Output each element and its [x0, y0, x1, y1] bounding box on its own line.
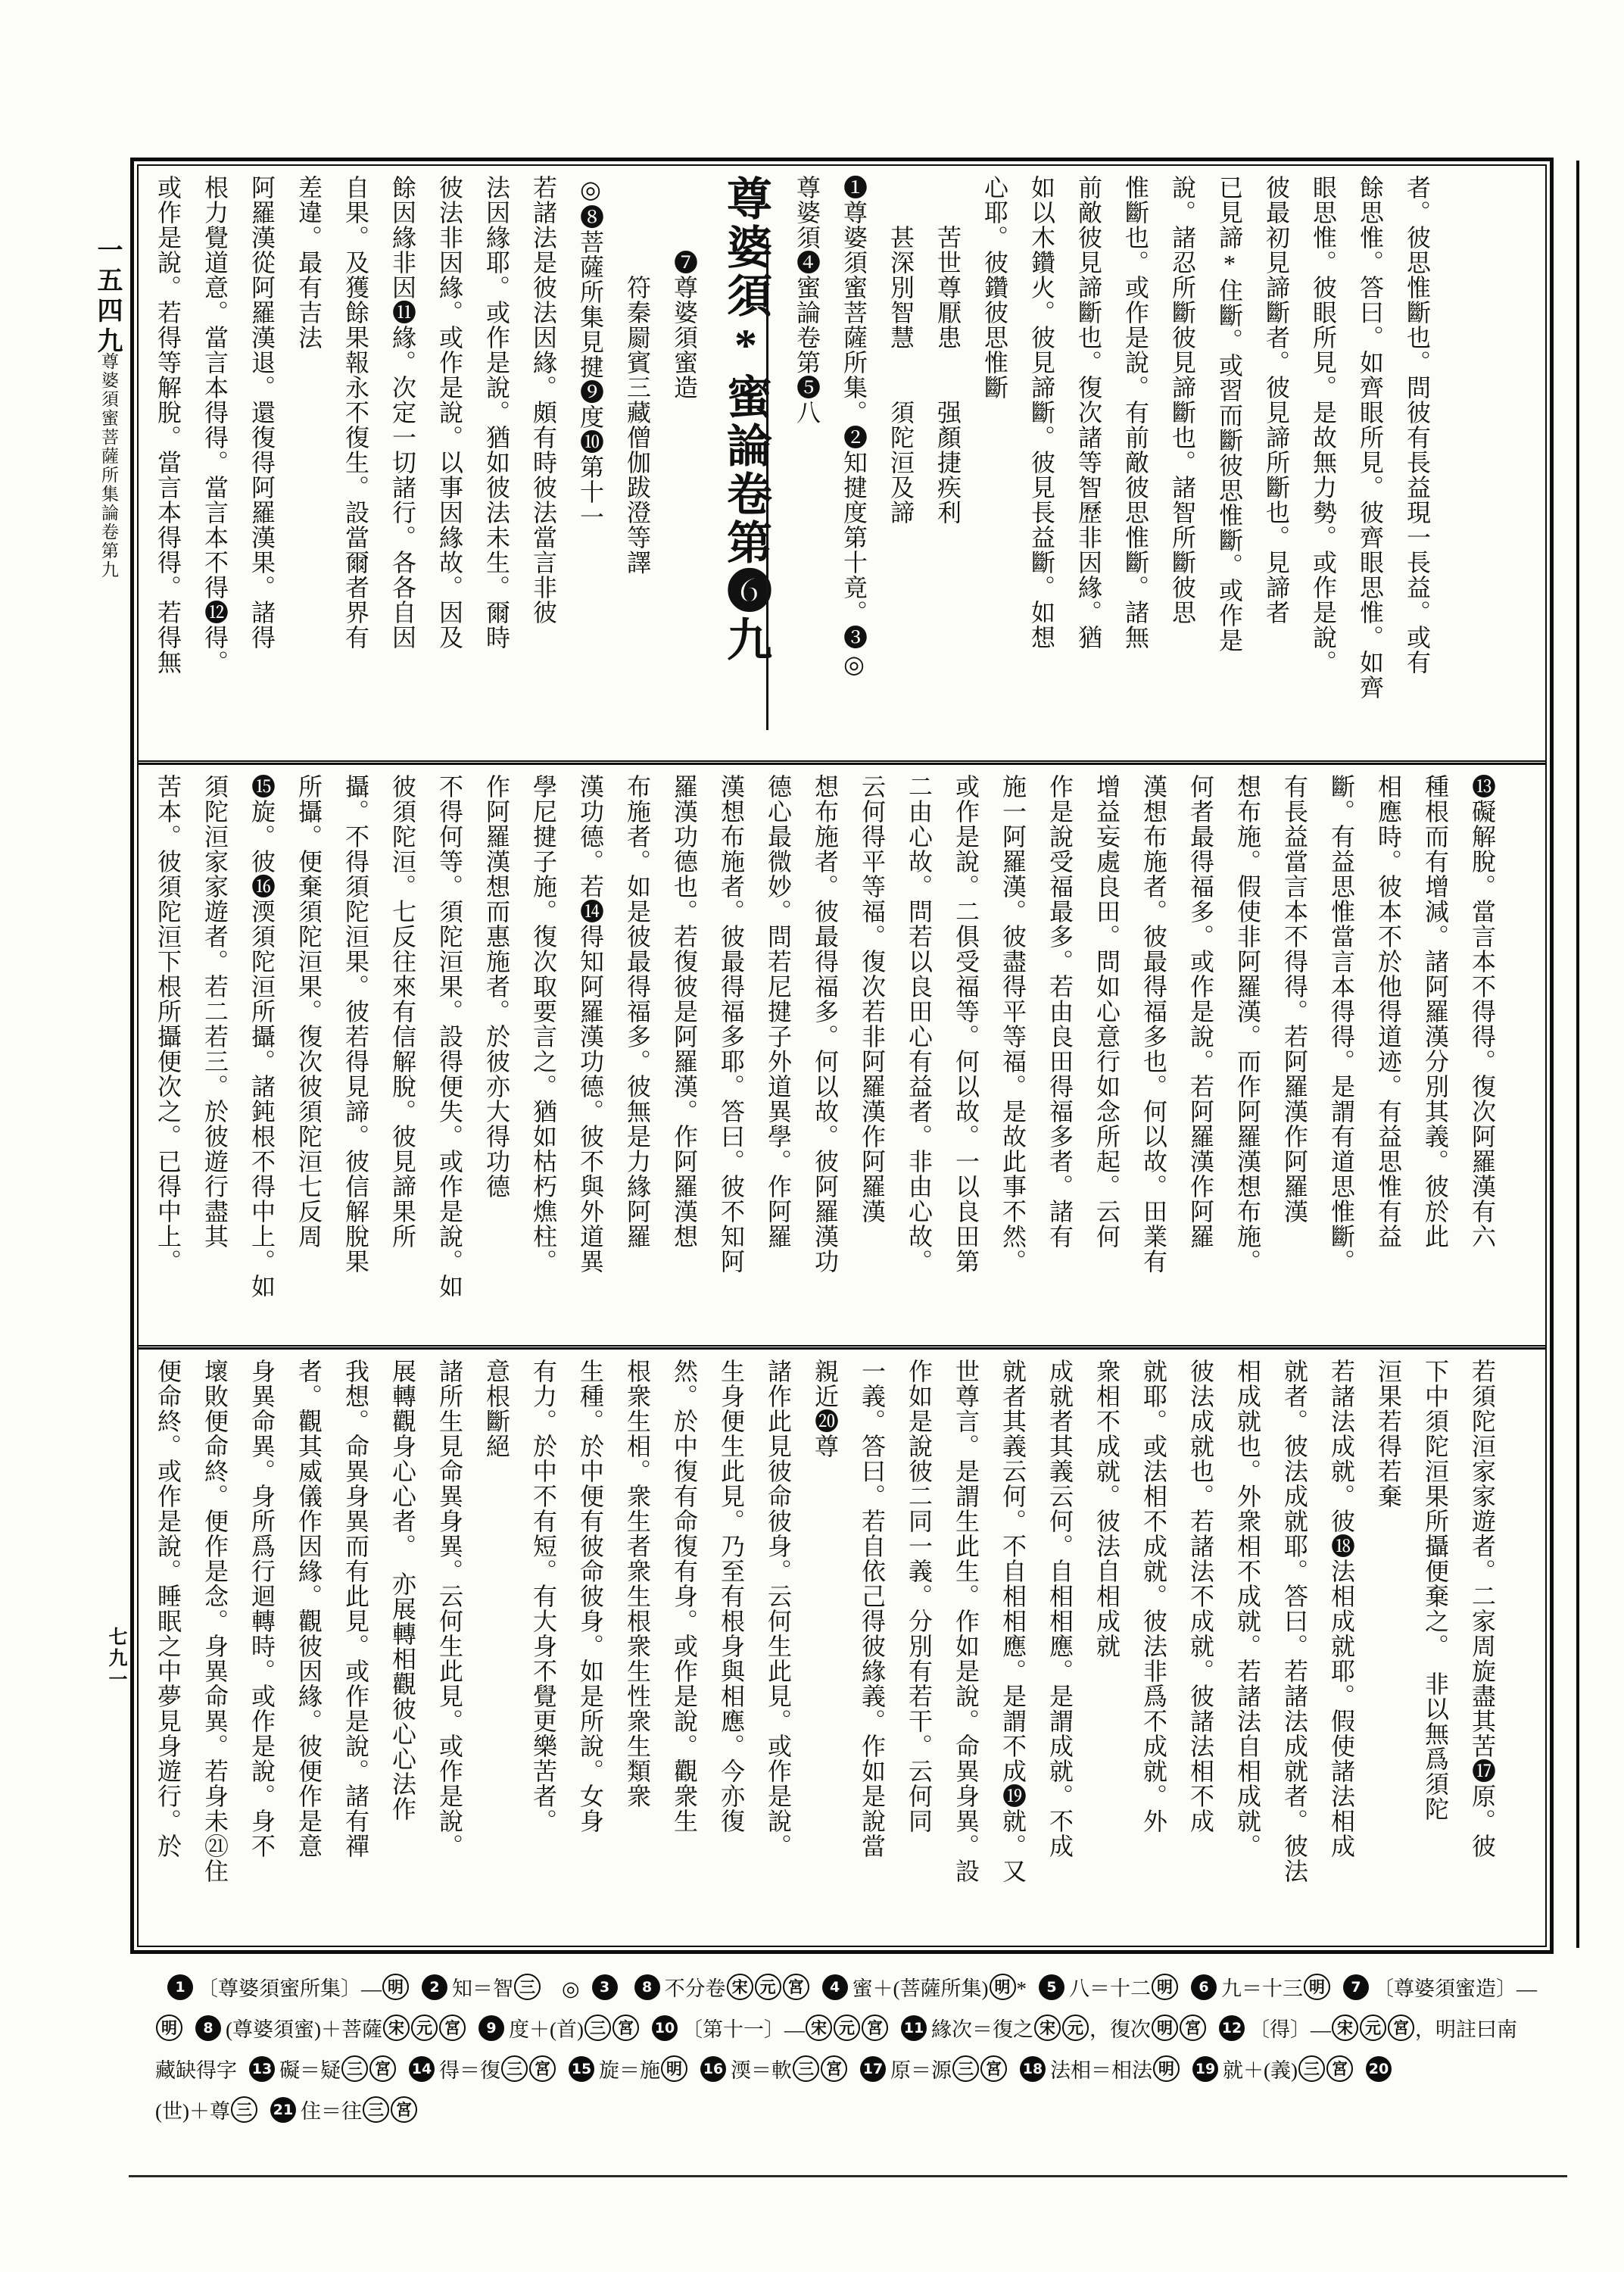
footnote-number-badge: 3 — [592, 1974, 618, 2000]
footnote-text: 旋＝施 — [599, 2059, 660, 2082]
edition-siglum-badge: 宮 — [613, 2015, 639, 2041]
text-column: 作阿羅漢想而惠施者。於彼亦大得功德 — [473, 774, 520, 1345]
text-column: ⓭礙解脫。當言本不得得。復次阿羅漢有六 — [1459, 774, 1506, 1345]
text-column: 者。彼思惟斷也。問彼有長益現一長益。或有 — [1394, 175, 1441, 760]
footnote-number-badge: 2 — [422, 1974, 447, 2000]
page-edge-rule — [1576, 161, 1579, 1948]
text-column: 攝。不得須陀洹果。彼若得見諦。彼信解脫果 — [332, 774, 379, 1345]
footnote-number-badge: 19 — [1192, 2056, 1218, 2082]
footnote-number-badge: 4 — [822, 1974, 848, 2000]
footnote-number-badge: 6 — [1191, 1974, 1217, 2000]
footnote-text: 度＋(首) — [509, 2018, 584, 2041]
footnote-line: 明8(尊婆須蜜)＋菩薩宋元宮9度＋(首)三宮10〔第十一〕—宋元宮11緣次＝復之… — [155, 2007, 1554, 2048]
frame-border: 者。彼思惟斷也。問彼有長益現一長益。或有餘思惟。答曰。如齊眼所見。彼齊眼思惟。如… — [130, 158, 1554, 1954]
text-column: 心耶。彼鑽彼思惟斷 — [971, 175, 1018, 760]
edition-siglum-badge: 元 — [1360, 2015, 1386, 2041]
footnote-number-badge: 14 — [409, 2056, 435, 2082]
text-column: 世尊言。是謂生此生。作如是說。命異身異。設 — [943, 1359, 990, 1937]
volume-title: 尊婆須*蜜論卷第❻九 — [708, 175, 784, 760]
text-column: 羅漢功德也。若復彼是阿羅漢。作阿羅漢想 — [661, 774, 708, 1345]
footnote-text: 原＝源 — [890, 2059, 952, 2082]
footnote-text: 藏缺得字 — [155, 2059, 237, 2082]
text-column: 如以木鑽火。彼見諦斷。彼見長益斷。如想 — [1018, 175, 1065, 760]
edition-siglum-badge: 宮 — [821, 2055, 847, 2082]
text-column: 布施者。如是彼最得福多。彼無是力緣阿羅 — [614, 774, 661, 1345]
edition-siglum-badge: 宋 — [806, 2015, 832, 2041]
text-column: 作如是說彼二同一義。分別有若干。云何同 — [896, 1359, 943, 1937]
text-column: 不得何等。須陀洹果。設得便失。或作是說。如 — [426, 774, 473, 1345]
edition-siglum-badge: 元 — [755, 1974, 781, 2000]
text-column: 法因緣耶。或作是說。猶如彼法未生。爾時 — [473, 175, 520, 760]
text-column: 若須陀洹家家遊者。二家周旋盡其苦⓱原。彼 — [1459, 1359, 1506, 1937]
edition-siglum-badge: 三 — [363, 2096, 389, 2123]
text-column: 增益妄處良田。問如心意行如念所起。云何 — [1083, 774, 1130, 1345]
text-column: 自果。及獲餘果報永不復生。設當爾者界有 — [332, 175, 379, 760]
footnote-text: * — [1017, 1977, 1027, 2000]
text-column: 相應時。彼本不於他得道迹。有益思惟有益 — [1365, 774, 1412, 1345]
edition-siglum-badge: 三 — [501, 2055, 528, 2082]
text-column: 壞敗便命終。便作是念。身異命異。若身未㉑住 — [192, 1359, 238, 1937]
footnote-number-badge: 17 — [860, 2056, 886, 2082]
footnote-number-badge: 21 — [270, 2097, 296, 2123]
text-column: 漢功德。若⓮得知阿羅漢功德。彼不與外道異 — [567, 774, 614, 1345]
footnote-number-badge: 8 — [195, 2015, 221, 2041]
edition-siglum-badge: 三 — [514, 1974, 541, 2000]
text-column: 下中須陀洹果所攝便棄之。 非以無爲須陀 — [1412, 1359, 1459, 1937]
footnote-number-badge: 8 — [634, 1974, 660, 2000]
edition-siglum-badge: 明 — [1153, 2055, 1180, 2082]
text-column: 阿羅漢從阿羅漢退。還復得阿羅漢果。諸得 — [238, 175, 285, 760]
footnote-text: 〔第十一〕— — [682, 2018, 805, 2041]
edition-siglum-badge: 宮 — [439, 2015, 466, 2041]
edition-siglum-badge: 宋 — [1034, 2015, 1061, 2041]
text-column: 甚深別智慧 須陀洹及諦 — [877, 175, 924, 760]
title-divider-rule — [766, 238, 768, 730]
text-column: 成就者其義云何。自相相應。是謂成就。不成 — [1036, 1359, 1083, 1937]
edition-siglum-badge: 宮 — [1180, 2015, 1206, 2041]
text-column: 想布施者。彼最得福多。何以故。彼阿羅漢功 — [802, 774, 849, 1345]
text-column: ⓯旋。彼⓰渜須陀洹所攝。諸鈍根不得中上。如 — [238, 774, 285, 1345]
text-column: 身異命異。身所爲行迴轉時。或作是說。身不 — [238, 1359, 285, 1937]
text-column: 有長益當言本不得得。若阿羅漢作阿羅漢 — [1271, 774, 1318, 1345]
text-column: 就耶。或法相不成就。彼法非爲不成就。外 — [1130, 1359, 1177, 1937]
edition-siglum-badge: 宮 — [529, 2055, 556, 2082]
edition-siglum-badge: 元 — [834, 2015, 860, 2041]
text-column: 根力覺道意。當言本得得。當言本不得⓬得。 — [192, 175, 238, 760]
footnote-text: ◎ — [541, 1977, 580, 2000]
edition-siglum-badge: 明 — [1152, 1974, 1178, 2000]
footnote-text: 蜜＋(菩薩所集) — [853, 1977, 989, 2000]
text-column: ❶尊婆須蜜菩薩所集。❷知揵度第十竟。❸◎ — [831, 175, 877, 760]
edition-siglum-badge: 宮 — [783, 1974, 809, 2000]
text-column: 苦本。彼須陀洹下根所攝便次之。已得中上。 — [145, 774, 192, 1345]
text-column: 便命終。或作是說。睡眠之中夢見身遊行。於 — [145, 1359, 192, 1937]
edition-siglum-badge: 宮 — [1326, 2055, 1353, 2082]
text-column: 須陀洹家家遊者。若二若三。於彼遊行盡其 — [192, 774, 238, 1345]
page-number: 七九一 — [103, 1627, 130, 1690]
footnote-text: (尊婆須蜜)＋菩薩 — [226, 2018, 382, 2041]
footnote-text: 〔得〕— — [1249, 2018, 1331, 2041]
text-column: 餘因緣非因⓫緣。次定一切諸行。各各自因 — [379, 175, 426, 760]
text-column: 惟斷也。或作是說。有前敵彼思惟斷。諸無 — [1112, 175, 1159, 760]
edition-siglum-badge: 元 — [411, 2015, 438, 2041]
footnote-text: 〔尊婆須蜜造〕— — [1373, 1977, 1537, 2000]
text-column: 說。諸忍所斷彼見諦斷也。諸智所斷彼思 — [1159, 175, 1206, 760]
footnote-number-badge: 1 — [167, 1974, 193, 2000]
footnote-text: 渜＝軟 — [731, 2059, 792, 2082]
text-column: 親近⓴尊 — [802, 1359, 849, 1937]
footnote-number-badge: 10 — [652, 2015, 678, 2041]
text-column: 若諸法是彼法因緣。頗有時彼法當言非彼 — [520, 175, 567, 760]
text-column: 生身便生此見。乃至有根身與相應。今亦復 — [708, 1359, 755, 1937]
frame-inner-border: 者。彼思惟斷也。問彼有長益現一長益。或有餘思惟。答曰。如齊眼所見。彼齊眼思惟。如… — [137, 164, 1547, 1947]
footnote-apparatus: 1〔尊婆須蜜所集〕—明2知＝智三 ◎38不分卷宋元宮4蜜＋(菩薩所集)明*5八＝… — [155, 1966, 1554, 2130]
text-column: 生種。於中便有彼命彼身。如是所說。女身 — [567, 1359, 614, 1937]
footnote-text: 八＝十二 — [1069, 1977, 1151, 2000]
edition-siglum-badge: 三 — [231, 2096, 257, 2123]
text-column: 差違。最有吉法 — [285, 175, 332, 760]
text-column: 然。於中復有命復有身。或作是說。觀衆生 — [661, 1359, 708, 1937]
text-band-top: 者。彼思惟斷也。問彼有長益現一長益。或有餘思惟。答曰。如齊眼所見。彼齊眼思惟。如… — [139, 166, 1451, 760]
edition-siglum-badge: 三 — [952, 2055, 979, 2082]
edition-siglum-badge: 三 — [341, 2055, 368, 2082]
footnote-number-badge: 13 — [249, 2056, 275, 2082]
text-column: 洹果若得若棄 — [1365, 1359, 1412, 1937]
text-column: ❼尊婆須蜜造 — [661, 175, 708, 760]
text-column: 一義。答曰。若自依己得彼緣義。作如是說當 — [849, 1359, 896, 1937]
edition-siglum-badge: 明 — [990, 1974, 1016, 2000]
footnote-line: 1〔尊婆須蜜所集〕—明2知＝智三 ◎38不分卷宋元宮4蜜＋(菩薩所集)明*5八＝… — [155, 1966, 1554, 2007]
text-column: 學尼揵子施。復次取要言之。猶如枯朽燋柱。 — [520, 774, 567, 1345]
text-column: 前敵彼見諦斷也。復次諸等智歷非因緣。猶 — [1065, 175, 1112, 760]
text-column: 彼須陀洹。七反往來有信解脫。彼見諦果所 — [379, 774, 426, 1345]
edition-siglum-badge: 宮 — [862, 2015, 888, 2041]
text-column: 已見諦*住斷。或習而斷彼思惟斷。或作是 — [1206, 175, 1253, 760]
edition-siglum-badge: 三 — [584, 2015, 611, 2041]
text-band-bottom: 若須陀洹家家遊者。二家周旋盡其苦⓱原。彼下中須陀洹果所攝便棄之。 非以無爲須陀洹… — [139, 1350, 1516, 1937]
footnote-number-badge: 9 — [478, 2015, 504, 2041]
text-column: 餘思惟。答曰。如齊眼所見。彼齊眼思惟。如齊 — [1347, 175, 1394, 760]
text-column: 或作是說。若得等解脫。當言本得得。若得無 — [145, 175, 192, 760]
footnote-text: 礙＝疑 — [279, 2059, 341, 2082]
text-column: 尊婆須❹蜜論卷第❺八 — [784, 175, 831, 760]
footnote-text: 〔尊婆須蜜所集〕— — [198, 1977, 382, 2000]
text-column: 想布施。假使非阿羅漢。而作阿羅漢想布施。 — [1224, 774, 1271, 1345]
margin-title: 尊婆須蜜菩薩所集論卷第九 — [96, 352, 121, 579]
text-column: 施一阿羅漢。彼盡得平等福。是故此事不然。 — [990, 774, 1036, 1345]
text-column: ◎❽菩薩所集見揵❾度❿第十一 — [567, 175, 614, 760]
text-column: 展轉觀身心心者。 亦展轉相觀彼心心法作 — [379, 1359, 426, 1937]
footnote-text: 知＝智 — [452, 1977, 513, 2000]
text-column: 二由心故。問若以良田心有益者。非由心故。 — [896, 774, 943, 1345]
footnote-text: 九＝十三 — [1221, 1977, 1303, 2000]
footnote-text: 住＝往 — [301, 2100, 362, 2123]
text-column: 就者。彼法成就耶。答曰。若諸法成就者。彼法 — [1271, 1359, 1318, 1937]
footnote-text: 法相＝相法 — [1050, 2059, 1152, 2082]
footnote-text: 不分卷 — [665, 1977, 726, 2000]
edition-siglum-badge: 明 — [1152, 2015, 1178, 2041]
text-column: 相成就也。外衆相不成就。若諸法自相成就。 — [1224, 1359, 1271, 1937]
text-column: 諸作此見彼命彼身。云何生此見。或作是說。 — [755, 1359, 802, 1937]
footnote-number-badge: 11 — [901, 2015, 927, 2041]
text-column: 根衆生相。衆生者衆生根衆生性衆生類衆 — [614, 1359, 661, 1937]
footnote-text: 就＋(義) — [1223, 2059, 1298, 2082]
text-column: 符秦罽賓三藏僧伽跋澄等譯 — [614, 175, 661, 760]
text-column: 者。觀其威儀作因緣。觀彼因緣。彼便作是意 — [285, 1359, 332, 1937]
footnote-number-badge: 7 — [1343, 1974, 1369, 2000]
text-column: 就者其義云何。不自相相應。是謂不成⓳就。又 — [990, 1359, 1036, 1937]
footnote-number-badge: 20 — [1366, 2056, 1392, 2082]
edition-siglum-badge: 明 — [661, 2055, 687, 2082]
text-column: 漢想布施者。彼最得福多也。何以故。田業有 — [1130, 774, 1177, 1345]
edition-siglum-badge: 宋 — [727, 1974, 753, 2000]
text-column: 或作是說。二俱受福等。何以故。一以良田第 — [943, 774, 990, 1345]
edition-siglum-badge: 宋 — [383, 2015, 410, 2041]
scanned-page: 一五四九 尊婆須蜜菩薩所集論卷第九 七九一 者。彼思惟斷也。問彼有長益現一長益。… — [0, 0, 1624, 2272]
text-column: 諸所生見命異身異。云何生此見。或作是說。 — [426, 1359, 473, 1937]
text-column: 云何得平等福。復次若非阿羅漢作阿羅漢 — [849, 774, 896, 1345]
text-column: 彼法非因緣。或作是說。以事因緣故。因及 — [426, 175, 473, 760]
text-column: 彼最初見諦斷者。彼見諦所斷也。見諦者 — [1253, 175, 1300, 760]
text-column: 苦世尊厭患 强顏捷疾利 — [924, 175, 971, 760]
footnote-text: 緣次＝復之 — [931, 2018, 1033, 2041]
bottom-rule — [129, 2175, 1567, 2177]
footnote-text: ，明註曰南 — [1415, 2018, 1517, 2041]
footnote-number-badge: 15 — [569, 2056, 594, 2082]
text-column: 衆相不成就。彼法自相成就 — [1083, 1359, 1130, 1937]
edition-siglum-badge: 宮 — [1388, 2015, 1414, 2041]
text-column: 漢想布施者。彼最得福多耶。答曰。彼不知阿 — [708, 774, 755, 1345]
footnote-text: 得＝復 — [439, 2059, 500, 2082]
footnote-line: (世)＋尊三21住＝往三宮 — [155, 2089, 1554, 2130]
edition-siglum-badge: 宮 — [980, 2055, 1007, 2082]
footnote-number-badge: 18 — [1020, 2056, 1046, 2082]
edition-siglum-badge: 宋 — [1332, 2015, 1358, 2041]
footnote-text: ，復次 — [1089, 2018, 1151, 2041]
edition-siglum-badge: 三 — [1298, 2055, 1325, 2082]
text-column: 彼法成就也。若諸法不成就。彼諸法相不成 — [1177, 1359, 1224, 1937]
text-column: 何者最得福多。或作是說。若阿羅漢作阿羅 — [1177, 774, 1224, 1345]
text-band-middle: ⓭礙解脫。當言本不得得。復次阿羅漢有六種根而有增減。諸阿羅漢分別其義。彼於此相應… — [139, 765, 1516, 1345]
footnote-number-badge: 12 — [1219, 2015, 1245, 2041]
edition-siglum-badge: 三 — [793, 2055, 819, 2082]
edition-siglum-badge: 明 — [1304, 1974, 1330, 2000]
folio-number: 一五四九 — [89, 236, 126, 357]
text-column: 所攝。便棄須陀洹果。復次彼須陀洹七反周 — [285, 774, 332, 1345]
text-column: 斷。有益思惟當言本得得。是謂有道思惟斷。 — [1318, 774, 1365, 1345]
edition-siglum-badge: 明 — [156, 2015, 182, 2041]
text-column: 若諸法成就。彼⓲法相成就耶。假使諸法相成 — [1318, 1359, 1365, 1937]
edition-siglum-badge: 宮 — [369, 2055, 396, 2082]
edition-siglum-badge: 元 — [1062, 2015, 1089, 2041]
text-column: 有力。於中不有短。有大身不覺更樂苦者。 — [520, 1359, 567, 1937]
text-column: 作是說受福最多。若由良田得福多者。諸有 — [1036, 774, 1083, 1345]
footnote-number-badge: 16 — [700, 2056, 726, 2082]
text-column: 種根而有增減。諸阿羅漢分別其義。彼於此 — [1412, 774, 1459, 1345]
footnote-number-badge: 5 — [1039, 1974, 1064, 2000]
text-column: 眼思惟。彼眼所見。是故無力勢。或作是說。 — [1300, 175, 1347, 760]
text-column: 我想。命異身異而有此見。或作是說。諸有禪 — [332, 1359, 379, 1937]
edition-siglum-badge: 明 — [382, 1974, 409, 2000]
footnote-line: 藏缺得字13礙＝疑三宮14得＝復三宮15旋＝施明16渜＝軟三宮17原＝源三宮18… — [155, 2048, 1554, 2089]
text-column: 意根斷絕 — [473, 1359, 520, 1937]
footnote-text: (世)＋尊 — [155, 2100, 230, 2123]
edition-siglum-badge: 宮 — [391, 2096, 417, 2123]
text-column: 德心最微妙。問若尼揵子外道異學。作阿羅 — [755, 774, 802, 1345]
